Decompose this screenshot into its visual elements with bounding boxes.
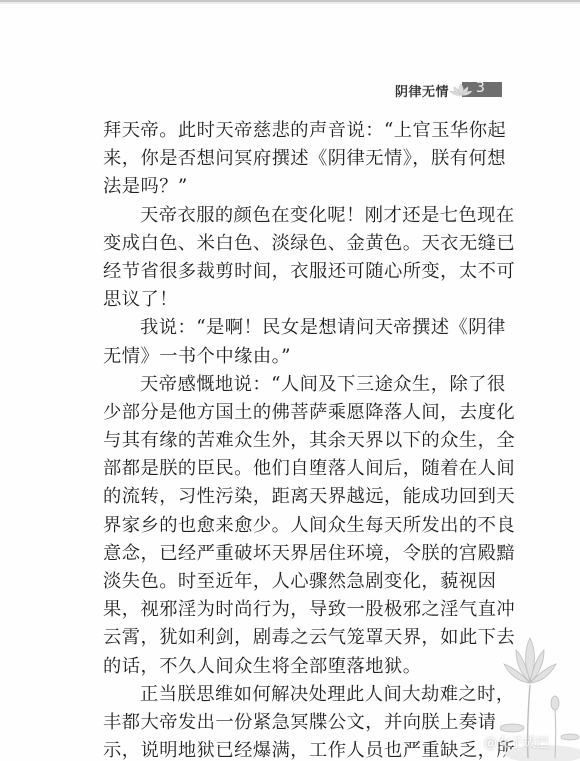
running-head: 阴律无情 3 [0, 80, 580, 100]
text-line: 与其有缘的苦难众生外，其余天界以下的众生，全 [103, 427, 508, 455]
watermark: @女子成巴 [484, 732, 549, 751]
paragraph-start-line: 天帝衣服的颜色在变化呢！刚才还是七色现在 [103, 202, 508, 230]
paragraph-start-line: 天帝感慨地说：“人间及下三途众生，除了很 [103, 371, 508, 399]
text-line: 云霄，犹如利剑，剧毒之云气笼罩天界，如此下去 [103, 624, 508, 652]
text-line: 变成白色、米白色、淡绿色、金黄色。天衣无缝已 [103, 230, 508, 258]
page-number: 3 [476, 80, 485, 96]
text-line: 的流转，习性污染，距离天界越远，能成功回到天 [103, 483, 508, 511]
text-line: 丰都大帝发出一份紧急冥牒公文，并向朕上奏请 [103, 709, 508, 737]
text-line: 经节省很多裁剪时间，衣服还可随心所变，太不可 [103, 258, 508, 286]
text-line: 少部分是他方国土的佛菩萨乘愿降落人间，去度化 [103, 399, 508, 427]
paragraph-start-line: 正当朕思维如何解决处理此人间大劫难之时， [103, 681, 508, 709]
lotus-icon [448, 82, 474, 98]
text-line: 无情》一书个中缘由。” [103, 343, 508, 371]
text-line: 部都是朕的臣民。他们自堕落人间后，随着在人间 [103, 455, 508, 483]
running-head-title: 阴律无情 [395, 81, 449, 100]
page-top-edge-shadow [0, 2, 580, 4]
text-line: 思议了！ [103, 286, 508, 314]
text-line: 示，说明地狱已经爆满，工作人员也严重缺乏，所 [103, 737, 508, 761]
paragraph-start-line: 我说：“是啊！民女是想请问天帝撰述《阴律 [103, 314, 508, 342]
text-line: 果，视邪淫为时尚行为，导致一股极邪之淫气直冲 [103, 596, 508, 624]
text-line: 淡失色。时至近年，人心骤然急剧变化，藐视因 [103, 568, 508, 596]
text-line: 来，你是否想问冥府撰述《阴律无情》，朕有何想 [103, 145, 508, 173]
text-line: 的话，不久人间众生将全部堕落地狱。 [103, 653, 508, 681]
text-line: 意念，已经严重破坏天界居住环境，令朕的宫殿黯 [103, 540, 508, 568]
text-line: 法是吗？” [103, 173, 508, 201]
text-line: 拜天帝。此时天帝慈悲的声音说：“上官玉华你起 [103, 117, 508, 145]
text-line: 界家乡的也愈来愈少。人间众生每天所发出的不良 [103, 512, 508, 540]
body-text: 拜天帝。此时天帝慈悲的声音说：“上官玉华你起 来，你是否想问冥府撰述《阴律无情》… [103, 117, 508, 761]
